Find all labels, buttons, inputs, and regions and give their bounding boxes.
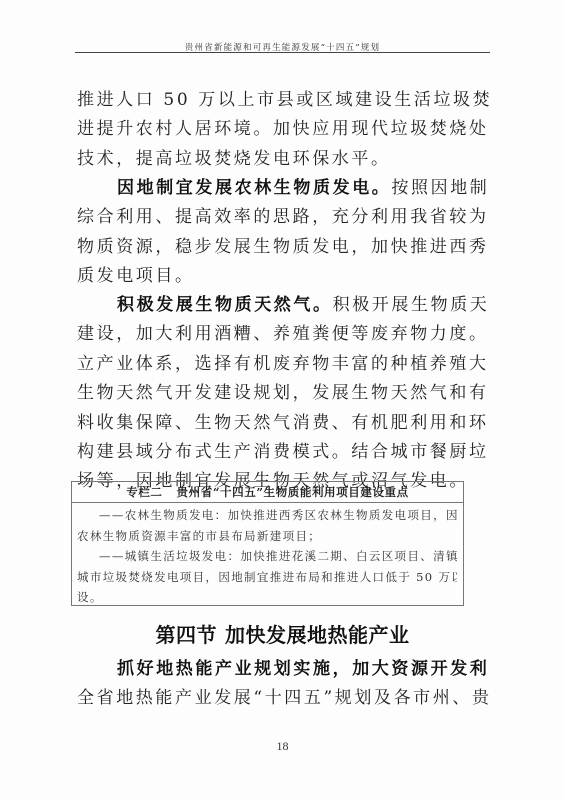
text-line: 物质资源，稳步发展生物质发电，加快推进西秀区等农林生物 [77, 233, 489, 262]
text-line: 构建县域分布式生产消费模式。结合城市餐厨垃圾、垃圾填埋 [77, 438, 489, 467]
section-number: 第四节 [156, 623, 218, 647]
text-line: 城市垃圾焚烧发电项目，因地制宜推进布局和推进人口低于 50 万以下项目建 [77, 567, 457, 588]
sidebar-box-title: 专栏二贵州省“十四五”生物质能利用项目建设重点 [72, 482, 463, 503]
header-rule [75, 52, 490, 53]
text-line: 农林生物质资源丰富的市县布局新建项目； [77, 526, 457, 547]
text-line: 综合利用、提高效率的思路，充分利用我省较为丰富的农林生 [77, 203, 489, 232]
text-line: 技术，提高垃圾焚烧发电环保水平。 [77, 145, 489, 174]
text-line: 积极发展生物质天然气。积极开展生物质天然气示范项目 [77, 291, 489, 320]
paragraph-bio-natural-gas: 积极发展生物质天然气。积极开展生物质天然气示范项目 建设，加大利用酒糟、养殖粪便… [77, 291, 489, 497]
text-line: 全省地热能产业发展“十四五”规划及各市州、贵安新区地热能 [77, 684, 489, 713]
paragraph-lead: 抓好地热能产业规划实施，加大资源开发利用。 [117, 659, 489, 679]
sidebar-box-body: ——农林生物质发电：加快推进西秀区农林生物质发电项目，因地制宜在 农林生物质资源… [72, 503, 463, 608]
text-line: 料收集保障、生物天然气消费、有机肥利用和环保监管体系， [77, 409, 489, 438]
document-page: 贵州省新能源和可再生能源发展“十四五”规划 推进人口 50 万以上市县或区域建设… [0, 0, 565, 800]
paragraph-lead: 积极发展生物质天然气。 [117, 295, 333, 315]
paragraph-waste-incineration: 推进人口 50 万以上市县或区域建设生活垃圾焚烧发电项目，促 进提升农村人居环境… [77, 86, 489, 174]
text-run: 积极开展生物质天然气示范项目 [333, 295, 489, 315]
page-number: 18 [0, 739, 565, 754]
text-line: 质发电项目。 [77, 262, 489, 291]
text-line: 推进人口 50 万以上市县或区域建设生活垃圾焚烧发电项目，促 [77, 86, 489, 115]
paragraph-agri-forestry-biomass: 因地制宜发展农林生物质发电。按照因地制宜、统筹兼顾、 综合利用、提高效率的思路，… [77, 174, 489, 292]
text-line: 建设，加大利用酒糟、养殖粪便等废弃物力度。以县为单位建 [77, 320, 489, 349]
paragraph-geothermal-planning: 抓好地热能产业规划实施，加大资源开发利用。认真抓好 全省地热能产业发展“十四五”… [77, 655, 489, 714]
text-line: 生物天然气开发建设规划，发展生物天然气和有机肥，建立原 [77, 379, 489, 408]
text-line: 设。 [77, 587, 457, 608]
text-line: 立产业体系，选择有机废弃物丰富的种植养殖大县，编制县域 [77, 350, 489, 379]
paragraph-lead: 因地制宜发展农林生物质发电。 [117, 178, 391, 198]
sidebar-box-heading: 贵州省“十四五”生物质能利用项目建设重点 [177, 485, 409, 499]
text-line: 进提升农村人居环境。加快应用现代垃圾焚烧处理及污染防治 [77, 115, 489, 144]
text-run: 按照因地制宜、统筹兼顾、 [391, 178, 489, 198]
section-title: 加快发展地热能产业 [225, 623, 410, 647]
section-heading: 第四节加快发展地热能产业 [0, 619, 565, 648]
text-line: ——农林生物质发电：加快推进西秀区农林生物质发电项目，因地制宜在 [77, 505, 457, 526]
sidebar-box-label: 专栏二 [126, 485, 162, 499]
text-line: ——城镇生活垃圾发电：加快推进花溪二期、白云区项目、清镇、罗甸等 [77, 546, 457, 567]
text-line: 抓好地热能产业规划实施，加大资源开发利用。认真抓好 [77, 655, 489, 684]
text-line: 因地制宜发展农林生物质发电。按照因地制宜、统筹兼顾、 [77, 174, 489, 203]
sidebar-box-column-2: 专栏二贵州省“十四五”生物质能利用项目建设重点 ——农林生物质发电：加快推进西秀… [71, 481, 464, 606]
